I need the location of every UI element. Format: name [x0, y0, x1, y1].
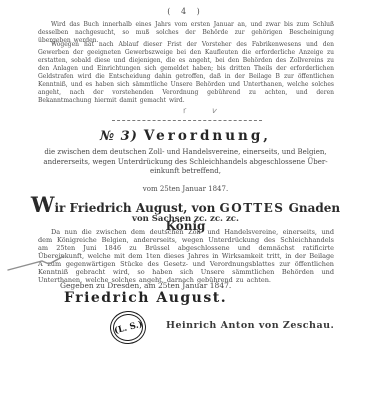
handwritten-mark-right: v — [211, 106, 217, 116]
royal-intro-gottes: GOTTES — [220, 201, 285, 215]
section-divider — [112, 120, 262, 121]
page-number: ( 4 ) — [0, 7, 371, 16]
ordinance-number: № 3) — [100, 129, 138, 144]
ordinance-subtitle: die zwischen dem deutschen Zoll- und Han… — [24, 148, 347, 177]
royal-intro-lead: Wir Friedrich August, von — [31, 201, 220, 215]
royal-territory: von Sachsen zc. zc. zc. — [0, 214, 371, 224]
ordinance-subtitle-line-3: einkunft betreffend, — [24, 167, 347, 177]
intro-paragraph-2: Wogegen hat nach Ablauf dieser Frist der… — [38, 41, 334, 105]
ordinance-date: vom 25ten Januar 1847. — [0, 185, 371, 193]
ordinance-subtitle-line-1: die zwischen dem deutschen Zoll- und Han… — [24, 148, 347, 158]
countersignature: Heinrich Anton von Zeschau. — [166, 320, 334, 331]
official-seal-icon: (L. S.) — [108, 309, 147, 346]
ordinance-subtitle-line-2: andererseits, wegen Unterdrückung des Sc… — [24, 158, 347, 168]
ordinance-title: Verordnung, — [144, 128, 271, 144]
handwritten-mark-left: r — [182, 106, 187, 115]
royal-signature: Friedrich August. — [64, 290, 227, 306]
seal-ls-text: (L. S.) — [113, 319, 143, 336]
dateline-given: Gegeben zu Dresden, am 25ten Januar 1847… — [60, 281, 231, 290]
pencil-stroke-icon — [6, 250, 68, 274]
ordinance-heading: № 3)Verordnung, — [0, 125, 371, 144]
ordinance-body: Da nun die zwischen dem deutschen Zoll- … — [38, 228, 334, 284]
